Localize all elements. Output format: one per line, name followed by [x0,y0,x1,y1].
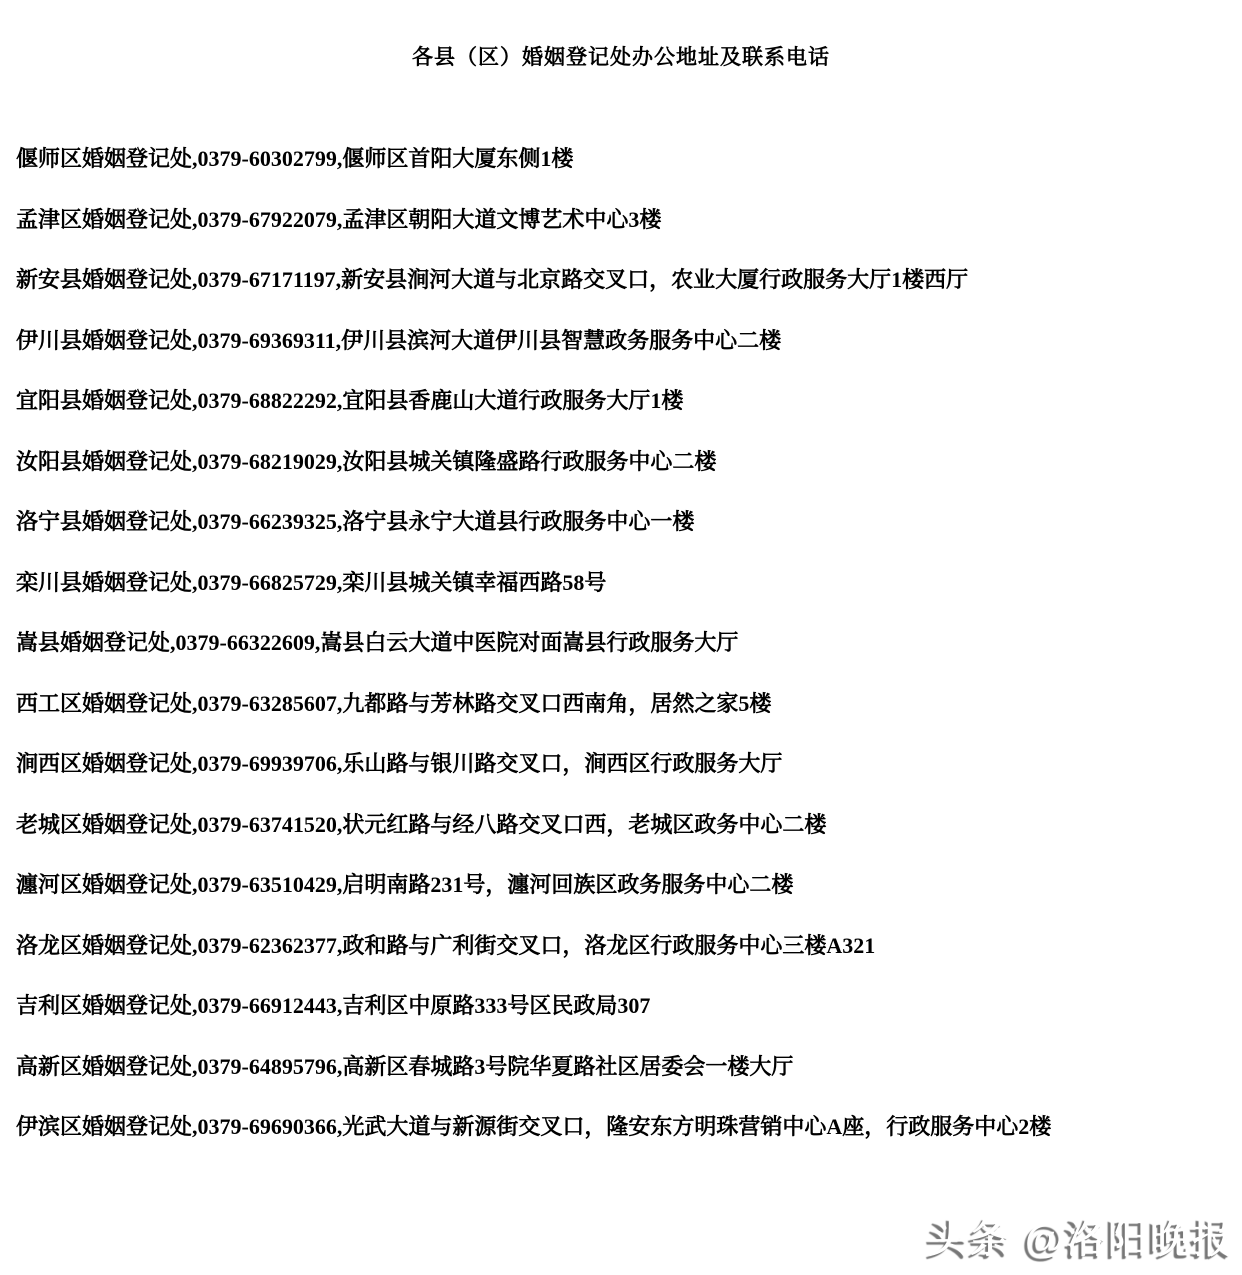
office-address: 嵩县白云大道中医院对面嵩县行政服务大厅 [320,630,738,655]
office-name: 栾川县婚姻登记处 [16,570,192,595]
phone-number: 0379-68822292 [198,388,337,413]
registry-entry: 宜阳县婚姻登记处,0379-68822292,宜阳县香鹿山大道行政服务大厅1楼 [16,388,1242,449]
registry-entry: 汝阳县婚姻登记处,0379-68219029,汝阳县城关镇隆盛路行政服务中心二楼 [16,449,1242,510]
registry-entry: 嵩县婚姻登记处,0379-66322609,嵩县白云大道中医院对面嵩县行政服务大… [16,630,1242,691]
phone-number: 0379-69369311 [198,328,336,353]
office-name: 伊川县婚姻登记处 [16,328,192,353]
registry-entry: 洛龙区婚姻登记处,0379-62362377,政和路与广利街交叉口，洛龙区行政服… [16,933,1242,994]
registry-entry: 孟津区婚姻登记处,0379-67922079,孟津区朝阳大道文博艺术中心3楼 [16,207,1242,268]
office-address: 宜阳县香鹿山大道行政服务大厅1楼 [342,388,683,413]
office-name: 汝阳县婚姻登记处 [16,449,192,474]
toutiao-watermark: 头条 @洛阳晚报 [928,1217,1234,1261]
phone-number: 0379-64895796 [198,1054,337,1079]
office-address: 启明南路231号，瀍河回族区政务服务中心二楼 [342,872,793,897]
office-address: 光武大道与新源街交叉口，隆安东方明珠营销中心A座，行政服务中心2楼 [342,1114,1051,1139]
registry-entry: 新安县婚姻登记处,0379-67171197,新安县涧河大道与北京路交叉口，农业… [16,267,1242,328]
office-name: 宜阳县婚姻登记处 [16,388,192,413]
phone-number: 0379-66322609 [176,630,315,655]
office-address: 状元红路与经八路交叉口西，老城区政务中心二楼 [342,812,826,837]
phone-number: 0379-66825729 [198,570,337,595]
phone-number: 0379-68219029 [198,449,337,474]
registry-entry: 西工区婚姻登记处,0379-63285607,九都路与芳林路交叉口西南角，居然之… [16,691,1242,752]
office-name: 孟津区婚姻登记处 [16,207,192,232]
office-name: 吉利区婚姻登记处 [16,993,192,1018]
registry-entry: 洛宁县婚姻登记处,0379-66239325,洛宁县永宁大道县行政服务中心一楼 [16,509,1242,570]
office-name: 老城区婚姻登记处 [16,812,192,837]
office-name: 洛龙区婚姻登记处 [16,933,192,958]
registry-entry: 涧西区婚姻登记处,0379-69939706,乐山路与银川路交叉口，涧西区行政服… [16,751,1242,812]
office-name: 嵩县婚姻登记处 [16,630,170,655]
phone-number: 0379-63285607 [198,691,337,716]
phone-number: 0379-69690366 [198,1114,337,1139]
office-address: 栾川县城关镇幸福西路58号 [342,570,606,595]
registry-entry: 伊滨区婚姻登记处,0379-69690366,光武大道与新源街交叉口，隆安东方明… [16,1114,1242,1175]
phone-number: 0379-67171197 [198,267,336,292]
page-title: 各县（区）婚姻登记处办公地址及联系电话 [0,44,1242,72]
office-address: 孟津区朝阳大道文博艺术中心3楼 [342,207,661,232]
office-address: 新安县涧河大道与北京路交叉口，农业大厦行政服务大厅1楼西厅 [341,267,968,292]
registry-entry: 高新区婚姻登记处,0379-64895796,高新区春城路3号院华夏路社区居委会… [16,1054,1242,1115]
phone-number: 0379-66912443 [198,993,337,1018]
office-name: 涧西区婚姻登记处 [16,751,192,776]
office-address: 政和路与广利街交叉口，洛龙区行政服务中心三楼A321 [342,933,875,958]
office-name: 新安县婚姻登记处 [16,267,192,292]
office-name: 伊滨区婚姻登记处 [16,1114,192,1139]
office-address: 乐山路与银川路交叉口，涧西区行政服务大厅 [342,751,782,776]
phone-number: 0379-63510429 [198,872,337,897]
phone-number: 0379-66239325 [198,509,337,534]
registry-list: 偃师区婚姻登记处,0379-60302799,偃师区首阳大厦东侧1楼 孟津区婚姻… [0,146,1242,1175]
office-name: 偃师区婚姻登记处 [16,146,192,171]
phone-number: 0379-62362377 [198,933,337,958]
office-address: 伊川县滨河大道伊川县智慧政务服务中心二楼 [341,328,781,353]
office-address: 洛宁县永宁大道县行政服务中心一楼 [342,509,694,534]
office-name: 高新区婚姻登记处 [16,1054,192,1079]
office-address: 吉利区中原路333号区民政局307 [342,993,650,1018]
phone-number: 0379-67922079 [198,207,337,232]
office-name: 洛宁县婚姻登记处 [16,509,192,534]
office-address: 九都路与芳林路交叉口西南角，居然之家5楼 [342,691,771,716]
phone-number: 0379-69939706 [198,751,337,776]
office-address: 汝阳县城关镇隆盛路行政服务中心二楼 [342,449,716,474]
registry-entry: 栾川县婚姻登记处,0379-66825729,栾川县城关镇幸福西路58号 [16,570,1242,631]
office-name: 西工区婚姻登记处 [16,691,192,716]
registry-entry: 老城区婚姻登记处,0379-63741520,状元红路与经八路交叉口西，老城区政… [16,812,1242,873]
phone-number: 0379-60302799 [198,146,337,171]
phone-number: 0379-63741520 [198,812,337,837]
registry-entry: 吉利区婚姻登记处,0379-66912443,吉利区中原路333号区民政局307 [16,993,1242,1054]
office-address: 偃师区首阳大厦东侧1楼 [342,146,573,171]
registry-entry: 瀍河区婚姻登记处,0379-63510429,启明南路231号，瀍河回族区政务服… [16,872,1242,933]
registry-entry: 偃师区婚姻登记处,0379-60302799,偃师区首阳大厦东侧1楼 [16,146,1242,207]
office-name: 瀍河区婚姻登记处 [16,872,192,897]
office-address: 高新区春城路3号院华夏路社区居委会一楼大厅 [342,1054,793,1079]
registry-entry: 伊川县婚姻登记处,0379-69369311,伊川县滨河大道伊川县智慧政务服务中… [16,328,1242,389]
